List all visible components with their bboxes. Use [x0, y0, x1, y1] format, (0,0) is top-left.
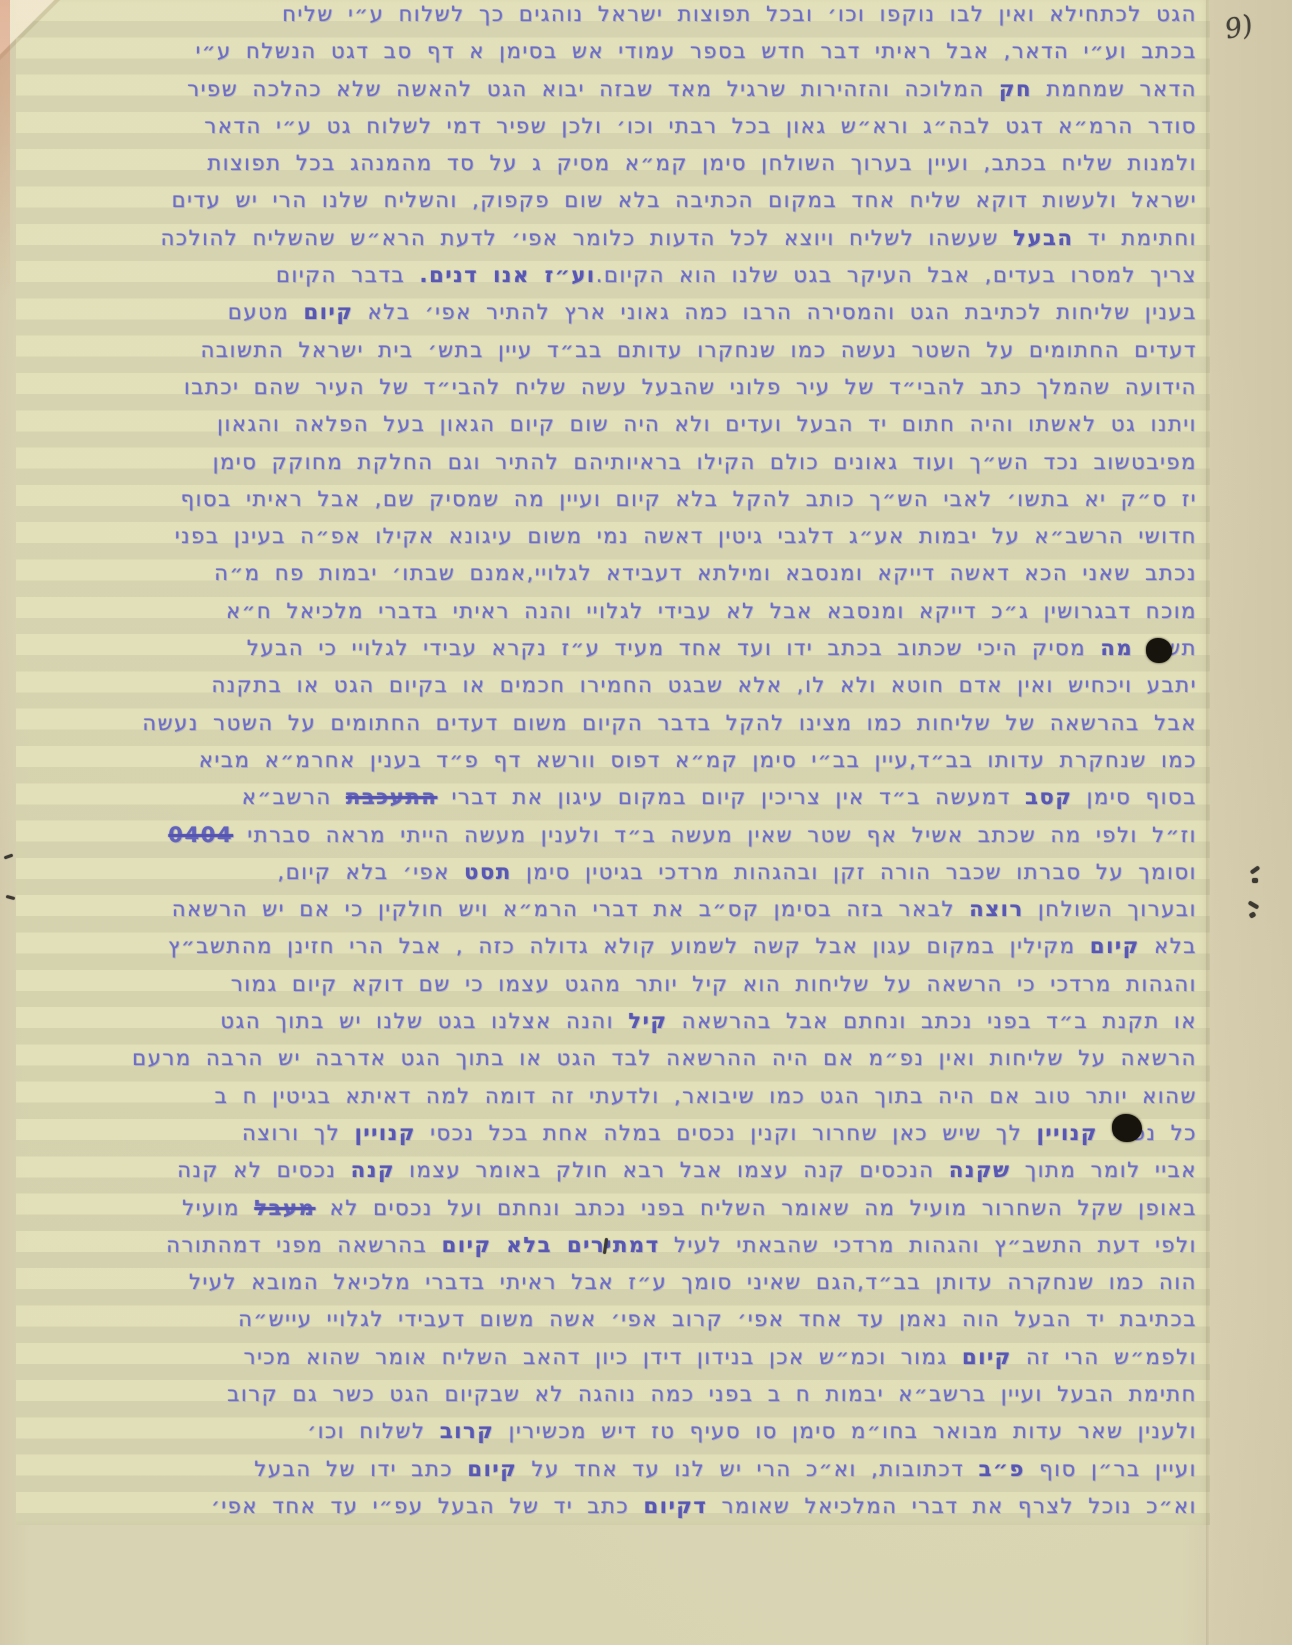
- handwritten-page-number: 9): [1222, 9, 1256, 45]
- text-line: ישראל ולעשות דוקא שליח אחד במקום הכתיבה …: [31, 182, 1197, 219]
- text-line: אביי לומר מתוך שקנה הנכסים קנה עצמו אבל …: [31, 1152, 1197, 1189]
- text-line: ולענין שאר עדות מבואר בחו״מ סימן סו סעיף…: [31, 1413, 1197, 1450]
- text-line: ולפמ״ש הרי זה קיום גמור וכמ״ש אכן בנידון…: [31, 1339, 1197, 1376]
- text-line: צריך למסרו בעדים, אבל העיקר בגט שלנו הוא…: [31, 257, 1197, 294]
- text-line: אבל בהרשאה של שליחות כמו מצינו להקל בדבר…: [31, 705, 1197, 742]
- scanned-document-page: { "document": { "description": "Scanned …: [0, 0, 1292, 1645]
- text-line: וחתימת יד הבעל שעשהו לשליח ויוצא לכל הדע…: [31, 220, 1197, 257]
- text-block: הגט לכתחילא ואין לבו נוקפו וכו׳ ובכל תפו…: [31, 0, 1197, 1525]
- text-line: בענין שליחות לכתיבת הגט והמסירה הרבו כמה…: [31, 294, 1197, 331]
- pen-mark: [1252, 878, 1258, 883]
- text-line: הדאר שמחמת חק המלוכה והזהירות שרגיל מאד …: [31, 71, 1197, 108]
- text-line: יז ס״ק יא בתשו׳ לאבי הש״ך כותב להקל בלא …: [31, 481, 1197, 518]
- text-line: וז״ל ולפי מה שכתב אשיל אף שטר שאין מעשה …: [31, 817, 1197, 854]
- text-line: בכתב וע״י הדאר, אבל ראיתי דבר חדש בספר ע…: [31, 33, 1197, 70]
- scan-edge-tint: [0, 0, 10, 300]
- text-line: שהוא יותר טוב אם היה בתוך הגט כמו שיבואר…: [31, 1078, 1197, 1115]
- text-line: באופן שקל השחרור מועיל מה שאומר השליח בפ…: [31, 1190, 1197, 1227]
- text-line: יתבע ויכחיש ואין אדם חוטא ולא לו, אלא שב…: [31, 667, 1197, 704]
- text-line: מפיבטשוב נכד הש״ך ועוד גאונים כולם הקילו…: [31, 444, 1197, 481]
- text-line: חתימת הבעל ועיין ברשב״א יבמות ח ב בפני כ…: [31, 1376, 1197, 1413]
- text-line: הרשאה על שליחות ואין נפ״מ אם היה ההרשאה …: [31, 1040, 1197, 1077]
- text-line: ויתנו גט לאשתו והיה חתום יד הבעל ועדים ו…: [31, 406, 1197, 443]
- text-line: ולמנות שליח בכתב, ועיין בערוך השולחן סימ…: [31, 145, 1197, 182]
- text-line: ועיין בר״ן סוף פ״ב דכתובות, וא״כ הרי יש …: [31, 1451, 1197, 1488]
- text-line: כל נכסי קנויין לך שיש כאן שחרור וקנין נכ…: [31, 1115, 1197, 1152]
- ink-hole-dot: [1146, 638, 1172, 663]
- text-line: סודר הרמ״א דגט לבה״ג ורא״ש גאון בכל רבתי…: [31, 108, 1197, 145]
- text-line: הידועה שהמלך כתב להבי״ד של עיר פלוני שהב…: [31, 369, 1197, 406]
- text-line: בסוף סימן קסב דמעשה ב״ד אין צריכין קיום …: [31, 779, 1197, 816]
- text-line: נכתב שאני הכא דאשה דייקא ומנסבא ומילתא ד…: [31, 555, 1197, 592]
- text-line: והגהות מרדכי כי הרשאה על שליחות הוא קיל …: [31, 966, 1197, 1003]
- paper-crease: [1206, 0, 1209, 1645]
- text-line: הגט לכתחילא ואין לבו נוקפו וכו׳ ובכל תפו…: [31, 0, 1197, 33]
- text-line: או תקנת ב״ד בפני נכתב ונחתם אבל בהרשאה ק…: [31, 1003, 1197, 1040]
- text-line: וסומך על סברתו שכבר הורה זקן ובהגהות מרד…: [31, 854, 1197, 891]
- text-line: הוה כמו שנחקרה עדותן בב״ד,הגם שאיני סומך…: [31, 1264, 1197, 1301]
- text-line: חדושי הרשב״א על יבמות אע״ג דלגבי גיטין ד…: [31, 518, 1197, 555]
- text-line: כמו שנחקרת עדותו בב״ד,עיין בב״י סימן קמ״…: [31, 742, 1197, 779]
- text-line: בכתיבת יד הבעל הוה נאמן עד אחד אפי׳ קרוב…: [31, 1301, 1197, 1338]
- text-line: תשו׳ מה מסיק היכי שכתוב בכתב ידו ועד אחד…: [31, 630, 1197, 667]
- text-line: מוכח דבגרושין ג״כ דייקא ומנסבא אבל לא עב…: [31, 593, 1197, 630]
- text-line: וא״כ נוכל לצרף את דברי המלכיאל שאומר דקי…: [31, 1488, 1197, 1525]
- text-line: ולפי דעת התשב״ץ והגהות מרדכי שהבאתי לעיל…: [31, 1227, 1197, 1264]
- text-line: דעדים החתומים על השטר נעשה כמו שנחקרו עד…: [31, 332, 1197, 369]
- text-line: בלא קיום מקילין במקום עגון אבל קשה לשמוע…: [31, 928, 1197, 965]
- ink-hole-dot: [1112, 1114, 1142, 1142]
- text-line: ובערוך השולחן רוצה לבאר בזה בסימן קס״ב א…: [31, 891, 1197, 928]
